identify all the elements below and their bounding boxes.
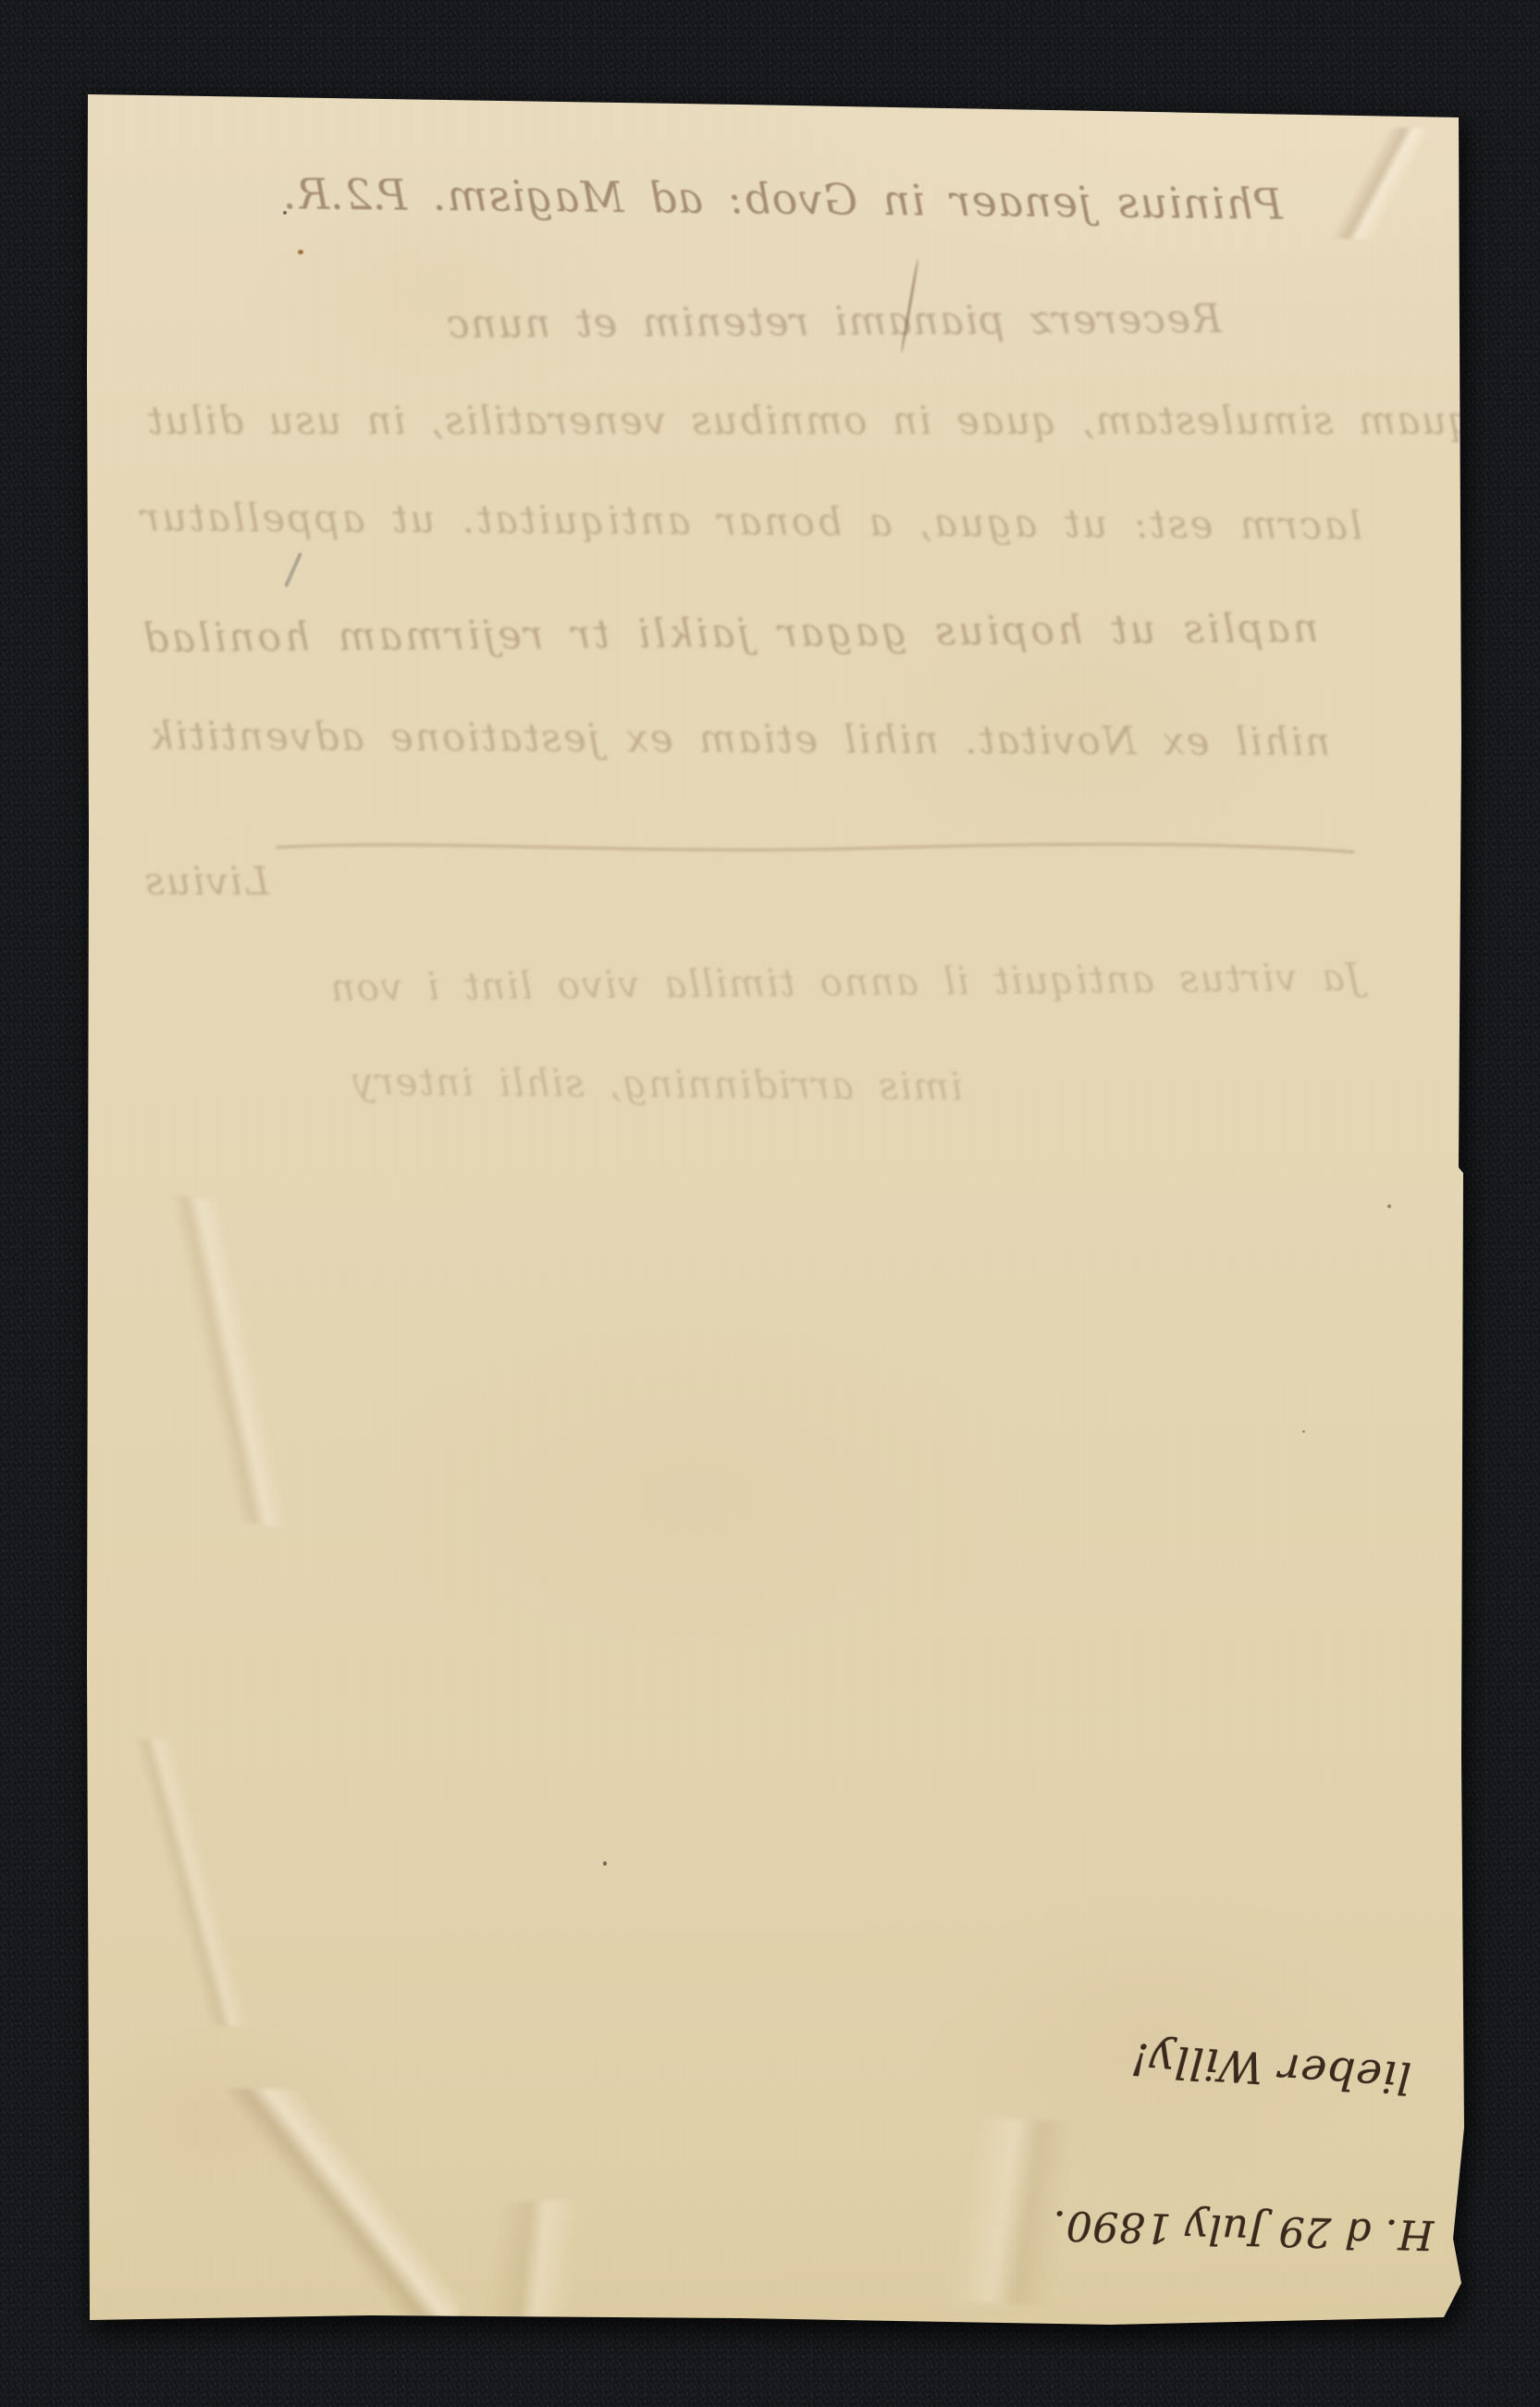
stain-dot (1302, 1430, 1305, 1433)
photograph-of-document: Phinius jenaer in Gvob: ad Magism. P.2.R… (0, 0, 1540, 2407)
stain-dot (283, 211, 287, 215)
bleedthrough-line-1: Phinius jenaer in Gvob: ad Magism. P.2.R… (282, 172, 1283, 225)
bleedthrough-line-5: naplis ut hopius gagar jaikli tr rejirma… (141, 609, 1319, 659)
bleedthrough-line-2: Recererz pianami retenim et nunc (446, 300, 1222, 345)
bleedthrough-word-livius: Livius (143, 862, 269, 901)
inscription-dateline: H. d 29 July 1890. (1052, 2204, 1434, 2255)
paper-sheet-wrap: Phinius jenaer in Gvob: ad Magism. P.2.R… (0, 0, 1540, 2407)
bleedthrough-line-6: nihil ex Novitat. nihil etiam ex jestati… (148, 717, 1330, 762)
stain-dot (298, 250, 303, 254)
bleedthrough-line-4: lacrm est: ut agua, a bonar antiquitat. … (139, 498, 1362, 545)
bleedthrough-line-3: quam simulestam, quae in omnibus venerat… (146, 401, 1472, 440)
stain-dot (1387, 1204, 1391, 1208)
bleedthrough-underline (273, 834, 1360, 862)
bleedthrough-line-8: Ja virtus antiquit il anno timilla vivo … (329, 958, 1361, 1007)
paper-sheet: Phinius jenaer in Gvob: ad Magism. P.2.R… (0, 0, 1540, 2407)
stain-dot (603, 1861, 607, 1866)
bleedthrough-line-9: imis arridinning, sihli intery (351, 1063, 963, 1106)
